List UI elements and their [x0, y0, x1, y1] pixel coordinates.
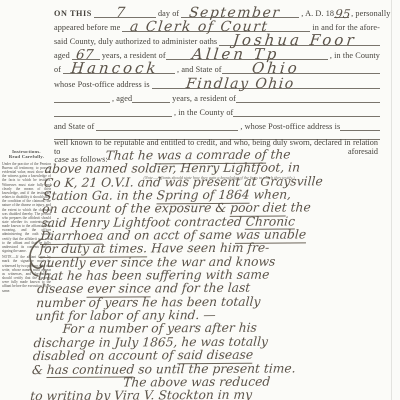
form-row-second-affiant: , aged years, a resident of [54, 89, 380, 103]
testimony-body: case as follows: That he was a comrade o… [30, 148, 394, 400]
blank-second-age [132, 91, 170, 103]
label-po-address: whose Post-office address is [54, 80, 152, 89]
label-in-county2: , in the County of [172, 108, 233, 117]
label-on-this: ON THIS [54, 9, 94, 18]
form-row-county-state: of Hancock , and State of Ohio [54, 60, 380, 74]
blank-second-name [54, 91, 110, 103]
blank-year: 95 [334, 6, 349, 18]
margin-heading-2: Read Carefully. [2, 154, 51, 159]
label-personally: , personally [349, 9, 390, 18]
form-row-po: whose Post-office address is Findlay Ohi… [54, 74, 380, 88]
blank-second-place [54, 105, 172, 117]
blank-state: Ohio [222, 62, 380, 74]
form-row-date: ON THIS 7 day of September , A. D. 18 95… [54, 4, 380, 18]
blank-second-residence [236, 91, 380, 103]
label-case-follows: case as follows: [54, 153, 108, 167]
ink-flourish [24, 238, 46, 278]
affidavit-page: ON THIS 7 day of September , A. D. 18 95… [0, 0, 400, 400]
blank-day: 7 [94, 6, 156, 18]
blank-po: Findlay Ohio [152, 77, 380, 89]
label-and-state-of: , and State of [175, 65, 222, 74]
label-in-the-county: , in the County [328, 51, 380, 60]
blank-second-county [233, 105, 380, 117]
blank-county: Hancock [63, 62, 175, 74]
blank-residence: Allen Tp [166, 48, 328, 60]
label-aged2: , aged [110, 94, 132, 103]
label-of: of [54, 65, 63, 74]
blank-month: September [181, 6, 299, 18]
page-edge-line [391, 0, 392, 400]
testimony-line: to writing by Vira V. Stockton in my [30, 388, 379, 400]
label-years-resident2: years, a resident of [170, 94, 236, 103]
label-day-of: day of [156, 9, 179, 18]
label-appeared: appeared before me [54, 23, 122, 32]
label-ad18: , A. D. 18 [299, 9, 334, 18]
label-aged: aged [54, 51, 72, 60]
form-header: ON THIS 7 day of September , A. D. 18 95… [54, 4, 380, 140]
form-row-second-county: , in the County of [54, 103, 380, 117]
